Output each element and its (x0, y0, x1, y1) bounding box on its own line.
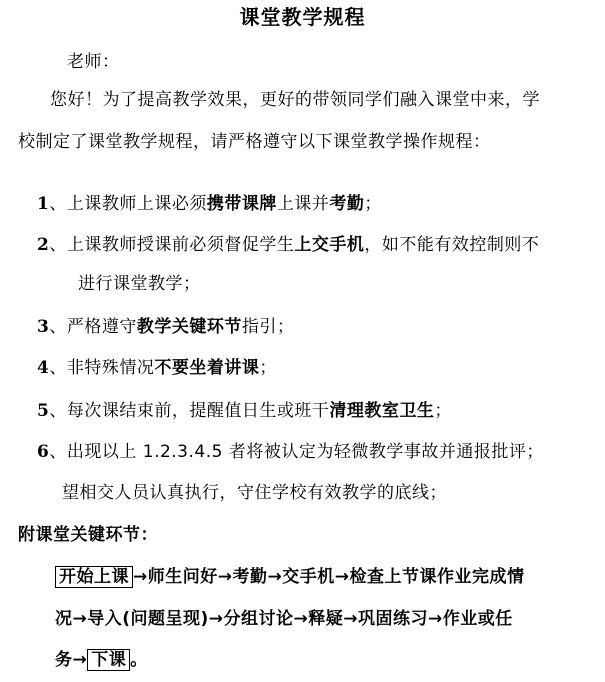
rule-item-4: 4、非特殊情况不要坐着讲课； (37, 357, 277, 379)
start-class-box: 开始上课 (55, 566, 133, 588)
rule-separator: 、 (49, 317, 67, 337)
rule-emphasis: 考勤 (329, 194, 364, 214)
salutation: 老师： (67, 51, 120, 73)
document-title: 课堂教学规程 (0, 4, 605, 30)
rule-number: 1 (37, 194, 49, 214)
intro-line-2: 校制定了课堂教学规程，请严格遵守以下课堂教学操作规程： (18, 131, 491, 153)
rule-item-2-continuation: 进行课堂教学； (78, 273, 201, 295)
rule-text: ； (259, 358, 277, 378)
flow-line-1: 开始上课→师生问好→考勤→交手机→检查上节课作业完成情 (55, 566, 524, 588)
flow-steps: 务→ (55, 650, 87, 670)
rule-text: 上课教师上课必须 (67, 194, 207, 214)
flow-line-3: 务→下课。 (55, 649, 148, 671)
rule-item-5: 5、每次课结束前，提醒值日生或班干清理教室卫生； (37, 400, 452, 422)
rule-number: 2 (37, 235, 49, 255)
rule-item-2: 2、上课教师授课前必须督促学生上交手机，如不能有效控制则不 (37, 234, 539, 256)
rule-separator: 、 (49, 401, 67, 421)
rule-emphasis: 清理教室卫生 (329, 401, 434, 421)
rule-text: 严格遵守 (67, 317, 137, 337)
rule-text: ，如不能有效控制则不 (364, 235, 539, 255)
rule-number: 4 (37, 358, 49, 378)
closing-line: 望相交人员认真执行，守住学校有效教学的底线； (62, 482, 447, 504)
rule-emphasis: 携带课牌 (207, 194, 277, 214)
rule-text: ； (364, 194, 382, 214)
rule-number: 6 (37, 442, 49, 462)
rule-emphasis: 不要坐着讲课 (154, 358, 259, 378)
rule-item-1: 1、上课教师上课必须携带课牌上课并考勤； (37, 193, 382, 215)
rule-text: 上课并 (277, 194, 330, 214)
end-class-box: 下课 (87, 649, 130, 671)
appendix-heading: 附课堂关键环节： (18, 524, 158, 546)
flow-steps: →师生问好→考勤→交手机→检查上节课作业完成情 (133, 567, 524, 587)
rule-text: 上课教师授课前必须督促学生 (67, 235, 295, 255)
intro-line-1: 您好！为了提高教学效果，更好的带领同学们融入课堂中来，学 (50, 89, 540, 111)
rule-separator: 、 (49, 235, 67, 255)
rule-text: 非特殊情况 (67, 358, 155, 378)
rule-separator: 、 (49, 194, 67, 214)
flow-line-2: 况→导入(问题呈现)→分组讨论→释疑→巩固练习→作业或任 (55, 608, 513, 630)
rule-emphasis: 上交手机 (294, 235, 364, 255)
rule-item-6: 6、出现以上 1.2.3.4.5 者将被认定为轻微教学事故并通报批评； (37, 441, 544, 463)
rule-text: 指引； (242, 317, 295, 337)
rule-text: 出现以上 1.2.3.4.5 者将被认定为轻微教学事故并通报批评； (67, 442, 544, 462)
rule-text: ； (434, 401, 452, 421)
rule-number: 3 (37, 317, 49, 337)
rule-emphasis: 教学关键环节 (137, 317, 242, 337)
flow-end-mark: 。 (130, 650, 148, 670)
rule-number: 5 (37, 401, 49, 421)
rule-item-3: 3、严格遵守教学关键环节指引； (37, 316, 294, 338)
rule-separator: 、 (49, 358, 67, 378)
rule-text: 每次课结束前，提醒值日生或班干 (67, 401, 330, 421)
rule-separator: 、 (49, 442, 67, 462)
